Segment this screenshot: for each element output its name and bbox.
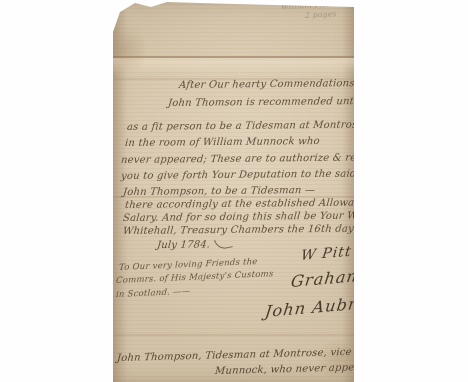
letter-line: John Thomson is recommended unto Us	[167, 96, 377, 109]
signature-w-pitt: W Pitt	[300, 244, 353, 264]
letter-paper-sheet: William Pitt 2 pages After Our hearty Co…	[113, 0, 354, 382]
pencil-note-extra: 2 pages	[305, 9, 337, 20]
signature-graham: Graham	[290, 266, 364, 291]
address-line: in Scotland. ——	[116, 287, 191, 300]
letter-line: in the room of William Munnock who	[124, 136, 320, 149]
fold-crease-lower	[113, 334, 354, 336]
signature-john-aubrey: John Aubrey	[264, 292, 379, 321]
paper-stain	[105, 20, 145, 80]
letter-line: John Thompson, to be a Tidesman —	[122, 185, 315, 198]
docket-line: John Thompson, Tidesman at Montrose, vic…	[117, 346, 396, 364]
fold-crease-top	[113, 56, 354, 58]
dateline-flourish	[214, 236, 233, 250]
letter-line: Whitehall, Treasury Chambers the 16th da…	[122, 223, 367, 237]
letter-line: Salary. And for so doing this shall be Y…	[122, 210, 393, 224]
letter-dateline: July 1784.	[156, 239, 210, 251]
letter-line: never appeared; These are to authorize &…	[120, 152, 384, 166]
letter-line: After Our hearty Commendations, Whereas	[178, 78, 407, 91]
fold-highlight-band	[113, 58, 354, 74]
letter-line: there accordingly at the established All…	[124, 197, 386, 211]
letter-line: as a fit person to be a Tidesman at Mont…	[126, 120, 363, 133]
scanned-letter-photo: William Pitt 2 pages After Our hearty Co…	[0, 0, 468, 382]
docket-line: Munnock, who never appeared.	[215, 362, 382, 377]
letter-line: you to give forth Your Deputation to the…	[120, 169, 357, 182]
